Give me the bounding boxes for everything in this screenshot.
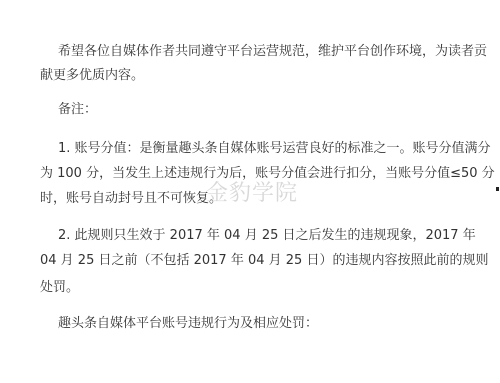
intro-line-2: 献更多优质内容。 bbox=[40, 68, 144, 84]
note-2-line-2: 04 月 25 日之前（不包括 2017 年 04 月 25 日）的违规内容按照… bbox=[40, 253, 488, 269]
note-1-line-3: 时，账号自动封号且不可恢复。 bbox=[40, 191, 222, 207]
notes-heading: 备注： bbox=[58, 102, 97, 118]
note-2-line-1: 2. 此规则只生效于 2017 年 04 月 25 日之后发生的违规现象，201… bbox=[58, 228, 476, 244]
intro-line-1: 希望各位自媒体作者共同遵守平台运营规范，维护平台创作环境，为读者贡 bbox=[58, 44, 487, 60]
note-1-line-1: 1. 账号分值：是衡量趣头条自媒体账号运营良好的标准之一。账号分值满分 bbox=[58, 141, 491, 157]
edge-mark bbox=[496, 187, 499, 191]
note-2-line-3: 处罚。 bbox=[40, 280, 79, 296]
watermark-text: 金豹学院 bbox=[206, 176, 298, 207]
section-heading: 趣头条自媒体平台账号违规行为及相应处罚： bbox=[58, 316, 318, 332]
